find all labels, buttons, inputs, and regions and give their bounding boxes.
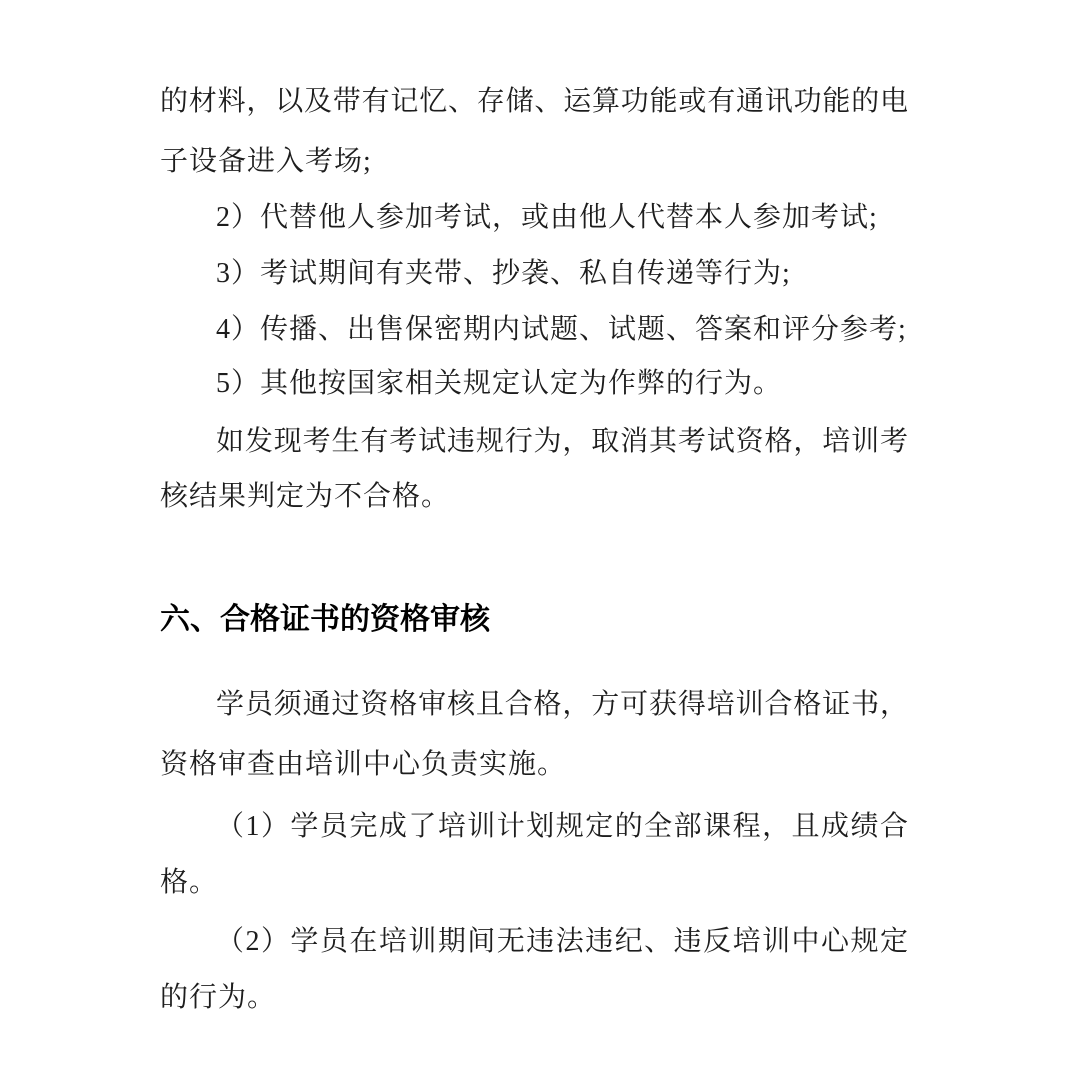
doc-line-14: 的行为。 xyxy=(160,979,908,1017)
doc-line-2: 子设备进入考场; xyxy=(160,143,908,181)
doc-line-11: （1）学员完成了培训计划规定的全部课程，且成绩合 xyxy=(160,808,908,846)
doc-line-9: 学员须通过资格审核且合格，方可获得培训合格证书， xyxy=(160,686,908,724)
doc-line-8: 核结果判定为不合格。 xyxy=(160,478,908,516)
doc-line-13: （2）学员在培训期间无违法违纪、违反培训中心规定 xyxy=(160,923,908,961)
doc-line-6: 5）其他按国家相关规定认定为作弊的行为。 xyxy=(160,365,908,403)
doc-line-12: 格。 xyxy=(160,864,908,902)
doc-line-3: 2）代替他人参加考试，或由他人代替本人参加考试; xyxy=(160,199,908,237)
section-heading: 六、合格证书的资格审核 xyxy=(160,600,908,640)
doc-line-10: 资格审查由培训中心负责实施。 xyxy=(160,746,908,784)
document-page: 的材料，以及带有记忆、存储、运算功能或有通讯功能的电 子设备进入考场; 2）代替… xyxy=(0,0,1080,1069)
doc-line-4: 3）考试期间有夹带、抄袭、私自传递等行为; xyxy=(160,255,908,293)
doc-line-5: 4）传播、出售保密期内试题、试题、答案和评分参考; xyxy=(160,311,908,349)
doc-line-1: 的材料，以及带有记忆、存储、运算功能或有通讯功能的电 xyxy=(160,83,908,121)
doc-line-7: 如发现考生有考试违规行为，取消其考试资格，培训考 xyxy=(160,423,908,461)
